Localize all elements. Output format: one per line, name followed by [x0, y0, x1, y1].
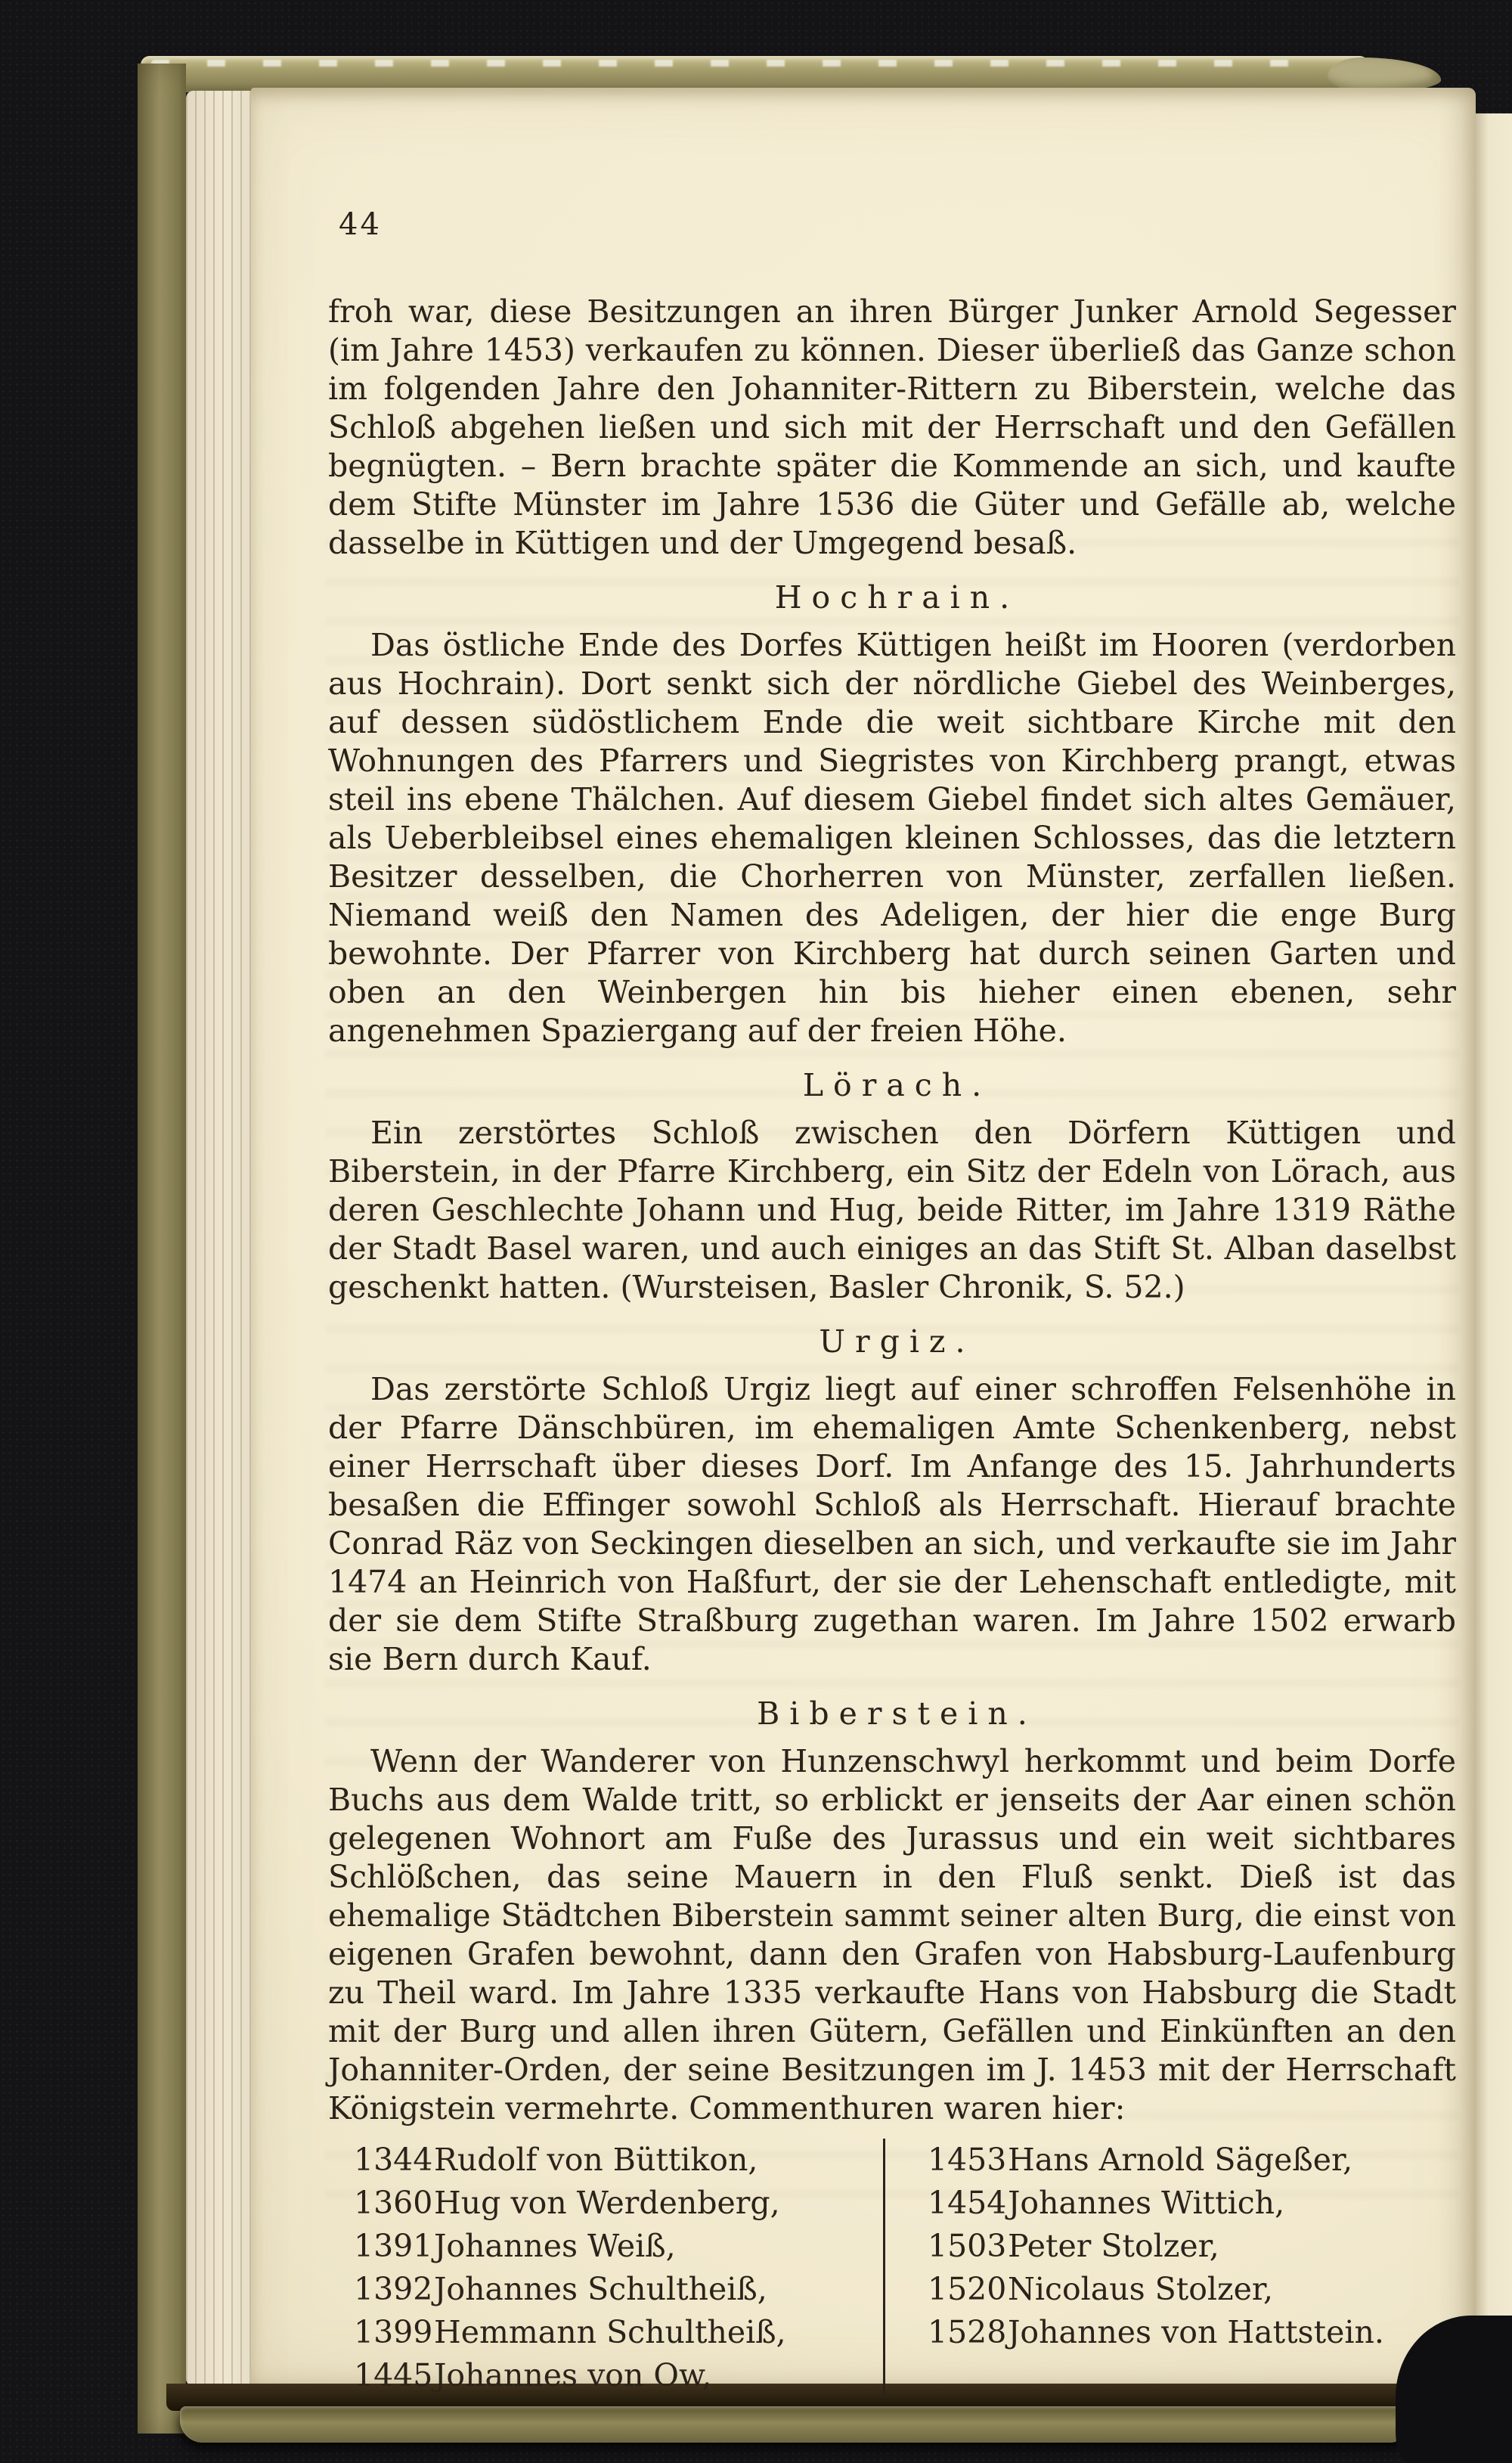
- scanned-book-page: { "page": { "number": "44", "intro_parag…: [0, 0, 1512, 2463]
- section-paragraph-loerach: Ein zerstörtes Schloß zwischen den Dörfe…: [328, 1114, 1456, 1307]
- commander-year: 1520: [928, 2268, 1008, 2311]
- section-heading-hochrain: Hochrain.: [328, 579, 1456, 617]
- commander-name: Johannes von Hattstein.: [1008, 2314, 1384, 2350]
- section-heading-biberstein: Biberstein.: [328, 1695, 1456, 1733]
- commander-entry: 1399Hemmann Schultheiß,: [354, 2311, 883, 2354]
- continuation-paragraph: froh war, diese Besitzungen an ihren Bür…: [328, 293, 1456, 563]
- commander-entry: 1453Hans Arnold Sägeßer,: [928, 2139, 1384, 2182]
- commander-name: Johannes Weiß,: [434, 2228, 676, 2264]
- book-cover-top-edge: [141, 56, 1370, 92]
- commander-entry: 1360Hug von Werdenberg,: [354, 2182, 883, 2225]
- commander-name: Hug von Werdenberg,: [434, 2185, 780, 2221]
- page-content: 44 froh war, diese Besitzungen an ihren …: [328, 206, 1456, 2397]
- commander-year: 1360: [354, 2182, 434, 2225]
- commander-name: Rudolf von Büttikon,: [434, 2142, 758, 2178]
- commander-entry: 1528Johannes von Hattstein.: [928, 2311, 1384, 2354]
- book-cover-left-edge: [138, 64, 186, 2434]
- page-edge-stack: [186, 91, 251, 2385]
- section-heading-urgiz: Urgiz.: [328, 1323, 1456, 1361]
- commander-entry: 1391Johannes Weiß,: [354, 2225, 883, 2268]
- commander-name: Johannes Wittich,: [1008, 2185, 1284, 2221]
- commander-year: 1391: [354, 2225, 434, 2268]
- commander-entry: 1445Johannes von Ow,: [354, 2354, 883, 2397]
- adjacent-page-edge: [1476, 113, 1512, 2390]
- commander-name: Nicolaus Stolzer,: [1008, 2271, 1273, 2307]
- commander-year: 1528: [928, 2311, 1008, 2354]
- commander-year: 1344: [354, 2139, 434, 2182]
- commander-name: Johannes Schultheiß,: [434, 2271, 767, 2307]
- section-heading-loerach: Lörach.: [328, 1066, 1456, 1105]
- commander-entry: 1520Nicolaus Stolzer,: [928, 2268, 1384, 2311]
- commander-name: Peter Stolzer,: [1008, 2228, 1219, 2264]
- commander-year: 1453: [928, 2139, 1008, 2182]
- commander-entry: 1503Peter Stolzer,: [928, 2225, 1384, 2268]
- page-number: 44: [339, 206, 1456, 244]
- commander-name: Johannes von Ow,: [434, 2357, 711, 2393]
- commander-year: 1503: [928, 2225, 1008, 2268]
- section-paragraph-urgiz: Das zerstörte Schloß Urgiz liegt auf ein…: [328, 1370, 1456, 1679]
- commander-year: 1399: [354, 2311, 434, 2354]
- commander-year: 1392: [354, 2268, 434, 2311]
- commenthuren-column-left: 1344Rudolf von Büttikon, 1360Hug von Wer…: [354, 2139, 883, 2397]
- commander-name: Hans Arnold Sägeßer,: [1008, 2142, 1352, 2178]
- commander-entry: 1392Johannes Schultheiß,: [354, 2268, 883, 2311]
- commander-name: Hemmann Schultheiß,: [434, 2314, 786, 2350]
- commander-year: 1454: [928, 2182, 1008, 2225]
- commander-entry: 1344Rudolf von Büttikon,: [354, 2139, 883, 2182]
- section-paragraph-biberstein: Wenn der Wanderer von Hunzenschwyl herko…: [328, 1742, 1456, 2128]
- commander-year: 1445: [354, 2354, 434, 2397]
- commander-entry: 1454Johannes Wittich,: [928, 2182, 1384, 2225]
- commenthuren-column-right: 1453Hans Arnold Sägeßer, 1454Johannes Wi…: [885, 2139, 1384, 2397]
- book-cover-bottom-edge: [180, 2406, 1408, 2443]
- section-paragraph-hochrain: Das östliche Ende des Dorfes Küttigen he…: [328, 626, 1456, 1050]
- commenthuren-list: 1344Rudolf von Büttikon, 1360Hug von Wer…: [354, 2139, 1456, 2397]
